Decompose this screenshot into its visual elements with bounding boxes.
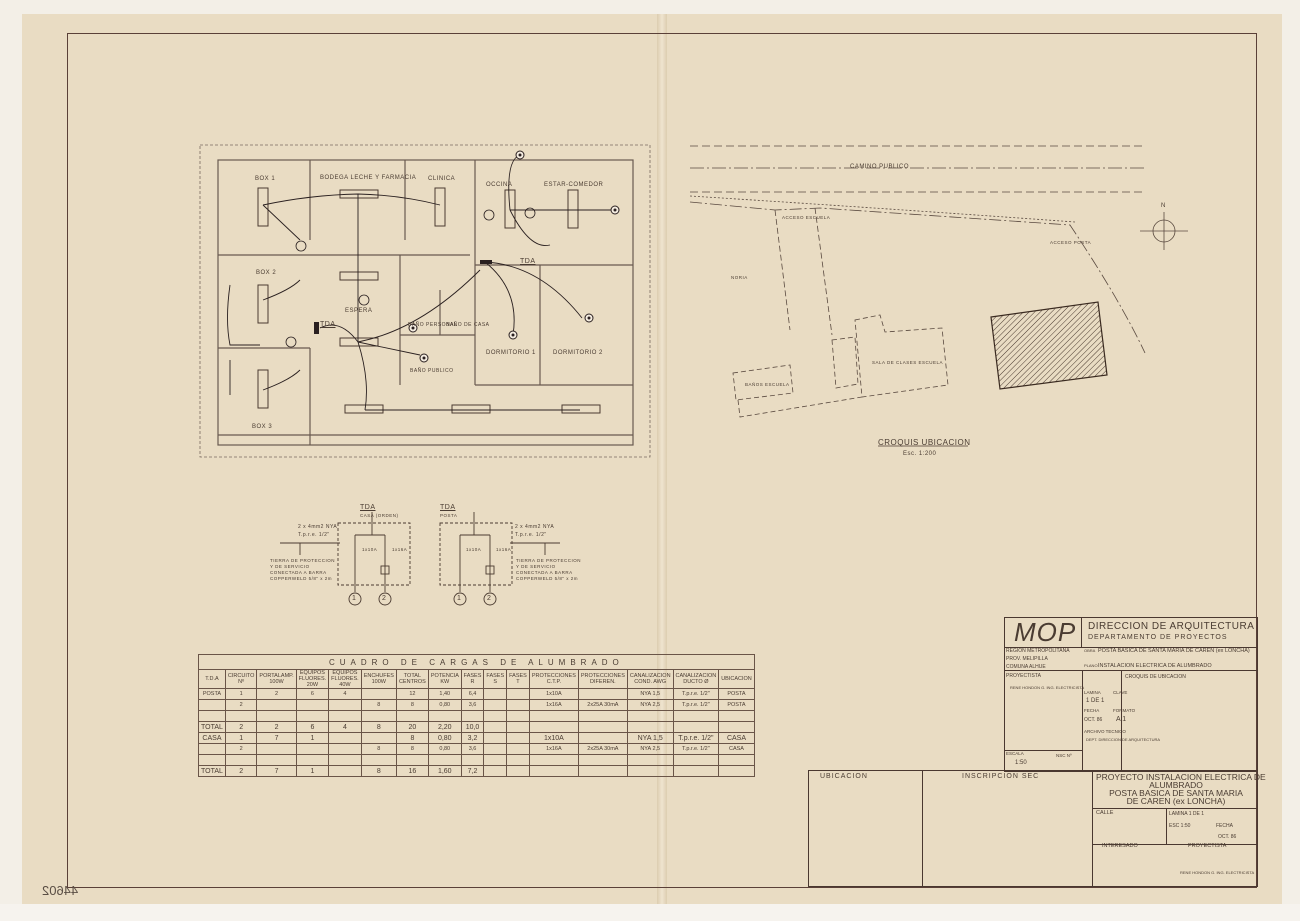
road-label: CAMINO PUBLICO <box>850 164 909 170</box>
project-title: PROYECTO INSTALACION ELECTRICA DEALUMBRA… <box>1096 773 1256 805</box>
table-cell <box>257 700 296 711</box>
table-cell <box>484 733 507 744</box>
sld-left-subtitle: CASA (ORDEN) <box>360 513 399 518</box>
table-cell: 3,6 <box>461 744 484 755</box>
room-label: ESPERA <box>345 308 372 314</box>
table-cell: T.p.r.e. 1/2" <box>673 700 719 711</box>
table-cell <box>673 711 719 722</box>
table-cell <box>484 689 507 700</box>
table-cell <box>329 755 362 766</box>
table-cell: CASA <box>719 744 755 755</box>
panel-label-posta: TDA <box>320 321 336 328</box>
table-cell: 1 <box>225 733 256 744</box>
table-cell: 6,4 <box>461 689 484 700</box>
table-cell: 1 <box>296 766 329 777</box>
site-label: ACCESO ESCUELA <box>782 215 830 220</box>
sec-fecha: OCT. 86 <box>1218 834 1236 840</box>
table-cell <box>225 755 256 766</box>
table-cell <box>329 711 362 722</box>
load-table-title: CUADRO DE CARGAS DE ALUMBRADO <box>199 655 755 670</box>
table-cell <box>507 733 530 744</box>
table-cell <box>257 755 296 766</box>
room-label: CLINICA <box>428 176 455 182</box>
table-cell: T.p.r.e. 1/2" <box>673 689 719 700</box>
site-label: ACCESO POSTA <box>1050 240 1091 245</box>
table-cell <box>578 711 627 722</box>
sld-right-conduit: T.p.r.e. 1/2" <box>515 532 547 538</box>
table-row: TOTAL22648202,2010,0 <box>199 722 755 733</box>
plano-label: PLANO <box>1084 663 1098 668</box>
table-cell <box>673 722 719 733</box>
table-cell <box>484 744 507 755</box>
table-cell <box>199 711 226 722</box>
table-cell <box>199 700 226 711</box>
site-label: NORIA <box>731 275 748 280</box>
table-cell <box>329 766 362 777</box>
table-cell <box>627 722 673 733</box>
table-row <box>199 711 755 722</box>
table-cell: 8 <box>396 733 428 744</box>
sld-right-feeder: 2 x 4mm2 NYA <box>515 524 554 530</box>
table-cell: 2 <box>225 766 256 777</box>
table-cell: 20 <box>396 722 428 733</box>
breaker-label: 1x16A <box>496 547 511 552</box>
table-cell <box>296 755 329 766</box>
table-cell <box>484 700 507 711</box>
province: PROV. MELIPILLA <box>1006 656 1048 662</box>
mop-logo: MOP <box>1014 617 1076 648</box>
table-cell: 1,40 <box>428 689 461 700</box>
table-cell <box>627 766 673 777</box>
table-cell <box>529 711 578 722</box>
ubicacion-label: UBICACION <box>820 773 868 780</box>
table-cell: 7 <box>257 733 296 744</box>
table-cell <box>507 689 530 700</box>
table-cell: 2 <box>225 700 256 711</box>
site-label: BAÑOS ESCUELA <box>745 382 790 387</box>
table-cell: 2 <box>257 722 296 733</box>
escala-label: ESCALA <box>1006 751 1024 756</box>
org-line-2: DEPARTAMENTO DE PROYECTOS <box>1088 634 1228 641</box>
sld-left-conduit: T.p.r.e. 1/2" <box>298 532 330 538</box>
circuit-number: 2 <box>487 595 491 602</box>
table-cell: 7,2 <box>461 766 484 777</box>
circuit-number: 2 <box>382 595 386 602</box>
table-cell <box>507 755 530 766</box>
table-cell <box>578 722 627 733</box>
sld-left-feeder: 2 x 4mm2 NYA <box>298 524 337 530</box>
table-cell <box>578 766 627 777</box>
table-cell <box>296 700 329 711</box>
table-cell: NYA 2,5 <box>627 744 673 755</box>
table-cell <box>361 755 396 766</box>
table-cell: 1x10A <box>529 689 578 700</box>
table-cell <box>199 744 226 755</box>
table-cell: T.p.r.e. 1/2" <box>673 733 719 744</box>
table-cell <box>484 722 507 733</box>
sec-firma: RENE HONDON G. ING. ELECTRICISTA <box>1180 870 1254 875</box>
table-cell: NYA 2,5 <box>627 700 673 711</box>
table-cell: 1 <box>296 733 329 744</box>
table-cell <box>529 766 578 777</box>
table-cell: T.p.r.e. 1/2" <box>673 744 719 755</box>
table-cell <box>199 755 226 766</box>
table-cell: 2 <box>257 689 296 700</box>
proyectista-label: PROYECTISTA <box>1006 673 1041 679</box>
site-plan-title: CROQUIS UBICACION <box>878 438 971 447</box>
table-cell <box>329 733 362 744</box>
table-cell <box>361 733 396 744</box>
escala: 1:50 <box>1015 760 1027 766</box>
room-label: BOX 1 <box>255 176 275 182</box>
room-label: BAÑO DE CASA <box>446 322 490 328</box>
plano: INSTALACION ELECTRICA DE ALUMBRADO <box>1098 663 1212 669</box>
circuit-number: 1 <box>457 595 461 602</box>
breaker-label: 1x10A <box>362 547 377 552</box>
table-cell <box>225 711 256 722</box>
table-row: 2880,803,61x16A2x25A 30mANYA 2,5T.p.r.e.… <box>199 744 755 755</box>
table-cell: 4 <box>329 689 362 700</box>
sec-proyectista-label: PROYECTISTA <box>1188 843 1226 849</box>
croquis-label: CROQUIS DE UBICACION <box>1125 674 1186 680</box>
table-cell <box>461 711 484 722</box>
table-cell: 12 <box>396 689 428 700</box>
table-cell: NYA 1,5 <box>627 733 673 744</box>
table-cell <box>507 744 530 755</box>
table-cell: 2x25A 30mA <box>578 700 627 711</box>
table-cell <box>257 744 296 755</box>
table-row: 2880,803,61x16A2x25A 30mANYA 2,5T.p.r.e.… <box>199 700 755 711</box>
table-cell <box>507 711 530 722</box>
table-cell: 1 <box>225 689 256 700</box>
table-cell <box>673 766 719 777</box>
table-cell: 1,60 <box>428 766 461 777</box>
table-cell: 1x16A <box>529 744 578 755</box>
sheet-code-mirrored: 44602 <box>42 883 78 898</box>
table-cell: 2x25A 30mA <box>578 744 627 755</box>
sec-escala: ESC 1:50 <box>1169 823 1190 829</box>
table-cell <box>329 744 362 755</box>
sld-right-title: TDA <box>440 504 456 511</box>
table-cell: 3,6 <box>461 700 484 711</box>
table-cell: 0,80 <box>428 700 461 711</box>
table-cell <box>627 755 673 766</box>
table-cell: 6 <box>296 689 329 700</box>
site-label: SALA DE CLASES ESCUELA <box>872 360 943 365</box>
region: REGION METROPOLITANA <box>1006 648 1070 654</box>
room-label: DORMITORIO 2 <box>553 350 603 356</box>
table-cell <box>484 766 507 777</box>
table-cell: 16 <box>396 766 428 777</box>
sld-right-subtitle: POSTA <box>440 513 457 518</box>
table-cell <box>507 766 530 777</box>
table-cell <box>296 744 329 755</box>
breaker-label: 1x10A <box>466 547 481 552</box>
room-label: BAÑO PUBLICO <box>410 368 454 374</box>
table-cell: TOTAL <box>199 766 226 777</box>
table-cell: 2,20 <box>428 722 461 733</box>
table-cell <box>428 755 461 766</box>
table-cell <box>673 755 719 766</box>
site-plan-scale: Esc. 1:200 <box>903 451 936 457</box>
table-cell <box>627 711 673 722</box>
table-cell: POSTA <box>719 689 755 700</box>
table-cell: TOTAL <box>199 722 226 733</box>
table-cell: 8 <box>361 722 396 733</box>
table-cell: 8 <box>396 744 428 755</box>
sld-left-title: TDA <box>360 504 376 511</box>
table-cell: NYA 1,5 <box>627 689 673 700</box>
table-cell <box>361 689 396 700</box>
table-cell: 1x16A <box>529 700 578 711</box>
interesado-label: INTERESADO <box>1102 843 1138 849</box>
table-cell <box>578 733 627 744</box>
table-cell <box>396 711 428 722</box>
table-cell: 0,80 <box>428 733 461 744</box>
breaker-label: 1x16A <box>392 547 407 552</box>
sec-lamina: LAMINA 1 DE 1 <box>1169 811 1204 817</box>
table-row: POSTA1264121,406,41x10ANYA 1,5T.p.r.e. 1… <box>199 689 755 700</box>
room-label: ESTAR-COMEDOR <box>544 182 603 188</box>
table-cell: 2 <box>225 722 256 733</box>
load-table-header: T.D.ACIRCUITO NºPORTALAMP. 100W EQUIPOS … <box>199 670 755 689</box>
table-row: CASA17180,803,21x10ANYA 1,5T.p.r.e. 1/2"… <box>199 733 755 744</box>
load-table: CUADRO DE CARGAS DE ALUMBRADO T.D.ACIRCU… <box>198 654 755 777</box>
panel-label-casa: TDA <box>520 258 536 265</box>
proyectista: RENE HONDON G. ING. ELECTRICISTA <box>1010 685 1084 690</box>
table-cell <box>529 755 578 766</box>
table-cell <box>507 722 530 733</box>
table-cell <box>578 689 627 700</box>
table-cell: 8 <box>396 700 428 711</box>
table-cell: 8 <box>361 744 396 755</box>
room-label: BOX 3 <box>252 424 272 430</box>
north-arrow-icon: N <box>1161 203 1166 209</box>
table-cell <box>719 766 755 777</box>
table-cell <box>719 722 755 733</box>
page-bottom-strip <box>0 904 1300 921</box>
table-cell <box>484 755 507 766</box>
table-cell: 2 <box>225 744 256 755</box>
table-cell: 6 <box>296 722 329 733</box>
table-row <box>199 755 755 766</box>
table-cell <box>461 755 484 766</box>
room-label: DORMITORIO 1 <box>486 350 536 356</box>
table-cell <box>507 700 530 711</box>
table-cell <box>719 755 755 766</box>
table-cell <box>361 711 396 722</box>
inscripcion-sec-label: INSCRIPCION SEC <box>962 773 1039 780</box>
sld-right-ground: TIERRA DE PROTECCIONY DE SERVICIOCONECTA… <box>516 558 581 582</box>
table-cell: 8 <box>361 766 396 777</box>
table-cell: 7 <box>257 766 296 777</box>
calle-label: CALLE <box>1096 810 1113 816</box>
nsc-label: NSC Nº <box>1056 753 1072 758</box>
org-line-1: DIRECCION DE ARQUITECTURA <box>1088 621 1254 632</box>
table-cell <box>578 755 627 766</box>
table-cell <box>296 711 329 722</box>
table-cell <box>719 711 755 722</box>
table-cell: 10,0 <box>461 722 484 733</box>
table-cell: POSTA <box>719 700 755 711</box>
table-row: TOTAL2718161,607,2 <box>199 766 755 777</box>
obra: POSTA BASICA DE SANTA MARIA DE CAREN (ex… <box>1098 648 1253 655</box>
sld-left-ground: TIERRA DE PROTECCIONY DE SERVICIOCONECTA… <box>270 558 335 582</box>
table-cell: 0,80 <box>428 744 461 755</box>
room-label: BODEGA LECHE Y FARMACIA <box>320 175 416 181</box>
table-cell: 8 <box>361 700 396 711</box>
table-cell: 4 <box>329 722 362 733</box>
circuit-number: 1 <box>352 595 356 602</box>
table-cell <box>484 711 507 722</box>
table-cell: 3,2 <box>461 733 484 744</box>
table-cell <box>396 755 428 766</box>
sec-fecha-label: FECHA <box>1216 823 1233 829</box>
room-label: OCCINA <box>486 182 512 188</box>
comuna: COMUNA ALHUE <box>1006 664 1046 670</box>
table-cell: POSTA <box>199 689 226 700</box>
table-cell <box>329 700 362 711</box>
table-cell <box>529 722 578 733</box>
table-cell: 1x10A <box>529 733 578 744</box>
table-cell: CASA <box>199 733 226 744</box>
table-cell: CASA <box>719 733 755 744</box>
room-label: BOX 2 <box>256 270 276 276</box>
table-cell <box>257 711 296 722</box>
obra-label: OBRA <box>1084 648 1095 653</box>
table-cell <box>428 711 461 722</box>
